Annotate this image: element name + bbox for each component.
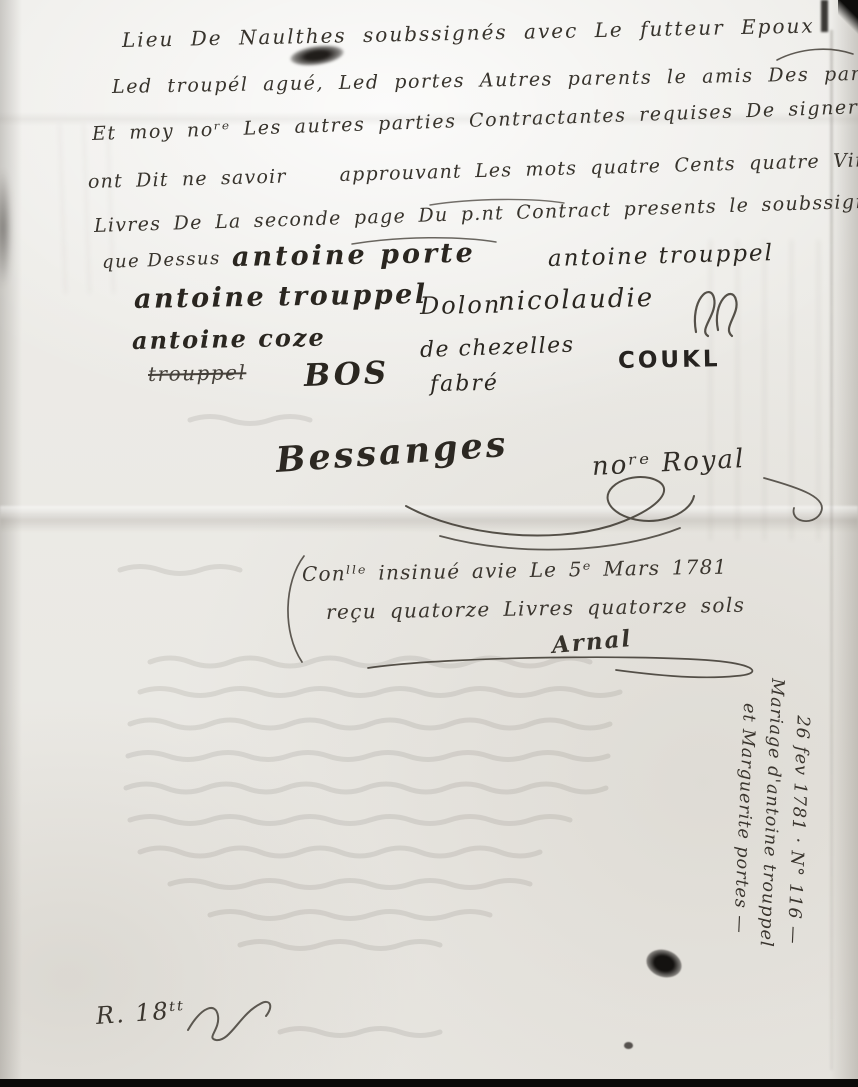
bottom-paraph-flourish bbox=[182, 986, 284, 1050]
ink-dot bbox=[624, 1042, 633, 1049]
signature-antoine-porte: antoine porte bbox=[232, 238, 476, 273]
flourish-contract-overline bbox=[428, 196, 568, 208]
signature-dolon: Dolon bbox=[420, 291, 502, 320]
signature-antoine-coze: antoine coze bbox=[132, 323, 326, 355]
control-signature-underline bbox=[366, 650, 768, 686]
scan-mark-top-right bbox=[821, 0, 828, 32]
flourish-epoux-tail bbox=[775, 40, 857, 70]
notary-paraph-flourish bbox=[400, 466, 700, 554]
signature-nicolaudie: nicolaudie bbox=[498, 283, 655, 317]
signature-coukl: COUKL bbox=[618, 346, 721, 374]
signature-fabre: fabré bbox=[430, 371, 499, 397]
royal-tail-flourish bbox=[760, 468, 842, 530]
signature-antoine-trouppel-2: antoine trouppel bbox=[134, 279, 428, 315]
signature-trouppel-struck: trouppel bbox=[148, 360, 247, 386]
flourish-nicolaudie-paraph bbox=[688, 280, 746, 342]
scan-corner-top-right bbox=[838, 0, 858, 36]
main-line-6-prefix: que Dessus bbox=[102, 248, 222, 273]
scan-edge-bottom bbox=[0, 1079, 858, 1087]
manuscript-page: Lieu De Naulthes soubssignés avec Le fut… bbox=[0, 0, 858, 1087]
signature-bos: BOS bbox=[303, 355, 389, 394]
margin-note-vertical: 26 fev 1781 · N° 116 — Mariage d'antoine… bbox=[717, 676, 817, 1059]
